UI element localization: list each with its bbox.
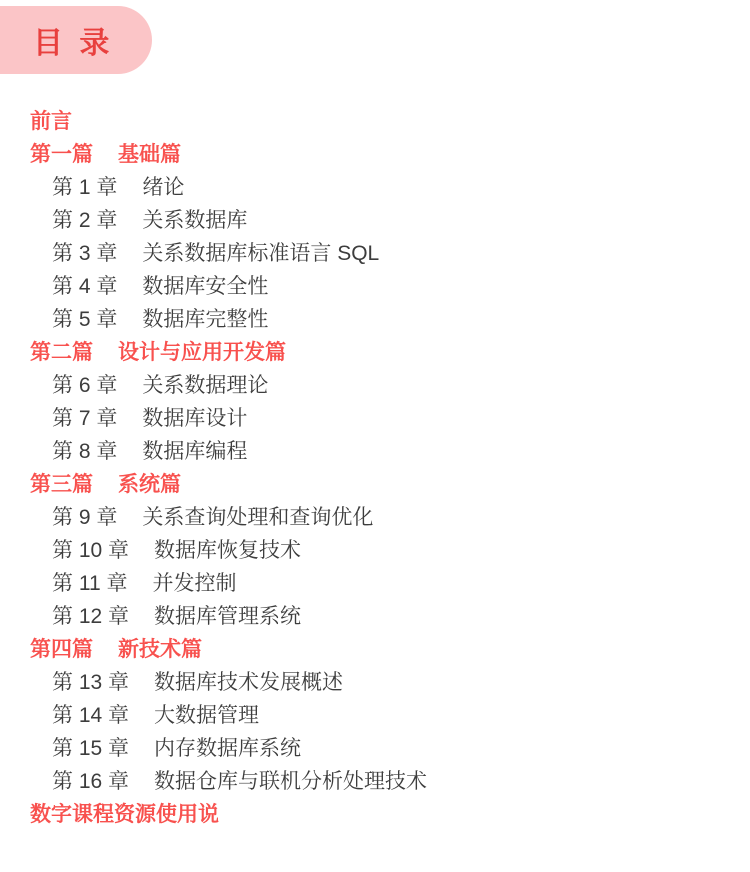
toc-entry-preface: 前言 bbox=[0, 103, 750, 136]
entry-title: 数据库完整性 bbox=[142, 303, 268, 333]
entry-title: 数据库管理系统 bbox=[154, 600, 301, 630]
toc-title: 目 录 bbox=[33, 18, 113, 62]
entry-label: 第四篇 bbox=[30, 633, 93, 663]
toc-entry-ch10: 第 10 章 数据库恢复技术 bbox=[0, 532, 750, 565]
toc-entry-ch1: 第 1 章 绪论 bbox=[0, 169, 750, 202]
toc-entry-ch7: 第 7 章 数据库设计 bbox=[0, 400, 750, 433]
toc-entry-part4: 第四篇 新技术篇 bbox=[0, 631, 750, 664]
entry-title: 基础篇 bbox=[118, 138, 181, 168]
entry-title: 数据库设计 bbox=[142, 402, 247, 432]
entry-label: 第 13 章 bbox=[52, 666, 129, 696]
entry-title: 大数据管理 bbox=[154, 699, 259, 729]
entry-label: 第 14 章 bbox=[52, 699, 129, 729]
entry-label: 第二篇 bbox=[30, 336, 93, 366]
toc-entry-ch3: 第 3 章 关系数据库标准语言 SQL bbox=[0, 235, 750, 268]
entry-label: 第 15 章 bbox=[52, 732, 129, 762]
entry-title: 数据库安全性 bbox=[142, 270, 268, 300]
toc-entry-part2: 第二篇 设计与应用开发篇 bbox=[0, 334, 750, 367]
toc-entry-ch14: 第 14 章 大数据管理 bbox=[0, 697, 750, 730]
entry-label: 第 2 章 bbox=[52, 204, 117, 234]
entry-label: 第 10 章 bbox=[52, 534, 129, 564]
entry-label: 第 8 章 bbox=[52, 435, 117, 465]
entry-label: 第三篇 bbox=[30, 468, 93, 498]
toc-entry-ch8: 第 8 章 数据库编程 bbox=[0, 433, 750, 466]
toc-entry-ch15: 第 15 章 内存数据库系统 bbox=[0, 730, 750, 763]
entry-title: 内存数据库系统 bbox=[154, 732, 301, 762]
entry-label: 前言 bbox=[30, 105, 72, 135]
entry-label: 第 12 章 bbox=[52, 600, 129, 630]
toc-entry-ch9: 第 9 章 关系查询处理和查询优化 bbox=[0, 499, 750, 532]
toc-entry-ch4: 第 4 章 数据库安全性 bbox=[0, 268, 750, 301]
toc-entry-part3: 第三篇 系统篇 bbox=[0, 466, 750, 499]
entry-title: 绪论 bbox=[142, 171, 184, 201]
entry-label: 第 3 章 bbox=[52, 237, 117, 267]
toc-page: 目 录 前言 第一篇 基础篇 第 1 章 绪论 第 2 章 关系数据库 第 3 … bbox=[0, 0, 750, 872]
toc-entry-digital-resources: 数字课程资源使用说 bbox=[0, 796, 750, 829]
entry-label: 第 6 章 bbox=[52, 369, 117, 399]
entry-label: 第 11 章 bbox=[52, 567, 127, 597]
entry-label: 第 1 章 bbox=[52, 171, 117, 201]
entry-label: 第 16 章 bbox=[52, 765, 129, 795]
toc-title-badge: 目 录 bbox=[0, 6, 152, 74]
entry-title: 数据库编程 bbox=[142, 435, 247, 465]
entry-title: 数据库技术发展概述 bbox=[154, 666, 343, 696]
entry-label: 第一篇 bbox=[30, 138, 93, 168]
entry-title: 系统篇 bbox=[118, 468, 181, 498]
toc-entry-ch5: 第 5 章 数据库完整性 bbox=[0, 301, 750, 334]
toc-entry-ch12: 第 12 章 数据库管理系统 bbox=[0, 598, 750, 631]
toc-entry-ch11: 第 11 章 并发控制 bbox=[0, 565, 750, 598]
entry-title: 关系数据库 bbox=[142, 204, 247, 234]
entry-label: 第 4 章 bbox=[52, 270, 117, 300]
toc-entry-ch2: 第 2 章 关系数据库 bbox=[0, 202, 750, 235]
entry-title: 数据库恢复技术 bbox=[154, 534, 301, 564]
toc-entry-ch6: 第 6 章 关系数据理论 bbox=[0, 367, 750, 400]
entry-title: 关系查询处理和查询优化 bbox=[142, 501, 373, 531]
entry-label: 第 9 章 bbox=[52, 501, 117, 531]
entry-title: 数据仓库与联机分析处理技术 bbox=[154, 765, 427, 795]
entry-label: 第 7 章 bbox=[52, 402, 117, 432]
entry-title: 关系数据库标准语言 SQL bbox=[142, 237, 379, 267]
entry-label: 数字课程资源使用说 bbox=[30, 798, 219, 828]
entry-label: 第 5 章 bbox=[52, 303, 117, 333]
toc-entry-ch13: 第 13 章 数据库技术发展概述 bbox=[0, 664, 750, 697]
toc-entry-part1: 第一篇 基础篇 bbox=[0, 136, 750, 169]
entry-title: 设计与应用开发篇 bbox=[118, 336, 286, 366]
entry-title: 并发控制 bbox=[152, 567, 236, 597]
entry-title: 新技术篇 bbox=[118, 633, 202, 663]
toc-list: 前言 第一篇 基础篇 第 1 章 绪论 第 2 章 关系数据库 第 3 章 关系… bbox=[0, 103, 750, 829]
entry-title: 关系数据理论 bbox=[142, 369, 268, 399]
toc-entry-ch16: 第 16 章 数据仓库与联机分析处理技术 bbox=[0, 763, 750, 796]
